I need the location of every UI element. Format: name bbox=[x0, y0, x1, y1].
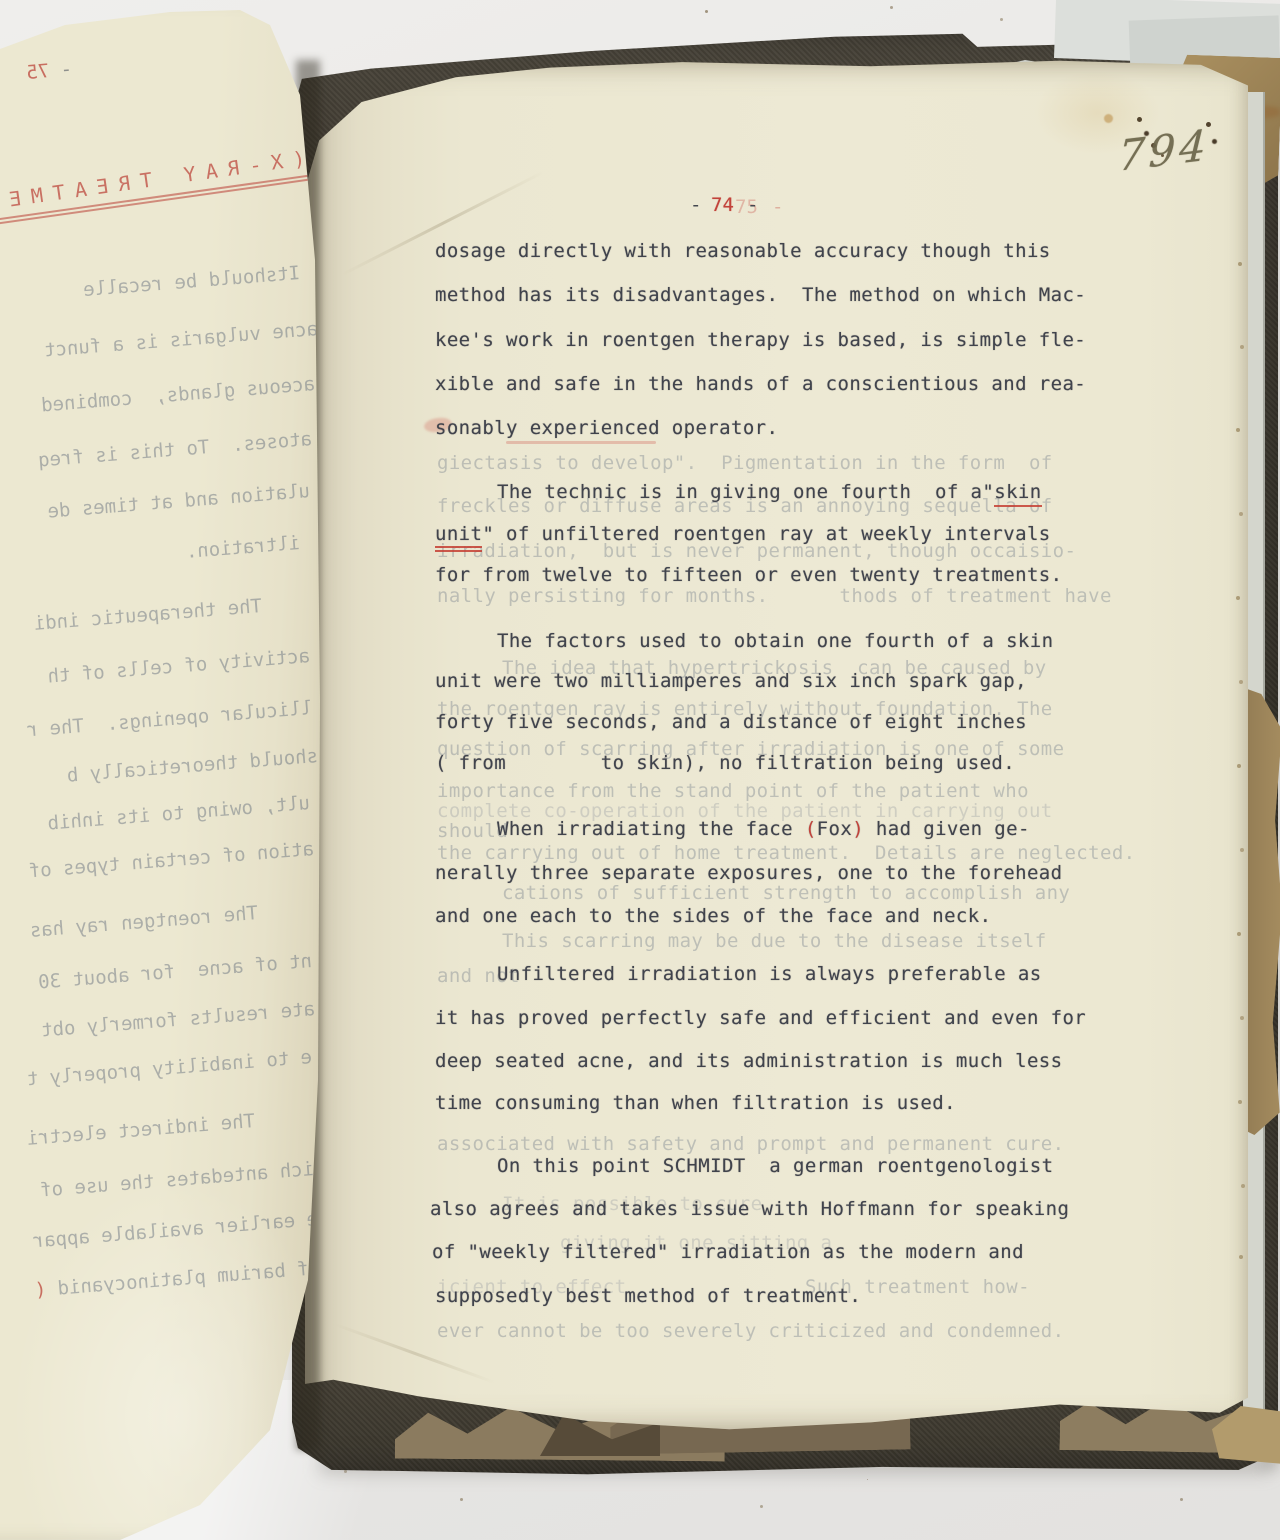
typed-line: supposedly best method of treatment. bbox=[435, 1285, 861, 1309]
verso-line: acne vulgaris is a funct bbox=[43, 318, 319, 363]
verso-line: ulation and at times de bbox=[47, 480, 311, 524]
verso-line: (X-RAY TREATMENT bbox=[0, 146, 307, 221]
typed-line: The factors used to obtain one fourth of… bbox=[497, 630, 1053, 654]
typed-line: and one each to the sides of the face an… bbox=[435, 905, 991, 929]
typed-line: nerally three separate exposures, one to… bbox=[435, 862, 1062, 886]
verso-line: nt of acne for about 30 bbox=[37, 950, 313, 995]
verso-line: of barium platinocyanid ( bbox=[34, 1257, 321, 1303]
verso-line: ate results formerly obt bbox=[40, 998, 316, 1043]
typed-line: xible and safe in the hands of a conscie… bbox=[435, 373, 1086, 397]
typed-line: dosage directly with reasonable accuracy… bbox=[435, 240, 1051, 264]
verso-line: - 75 bbox=[25, 58, 73, 86]
verso-line: iltration. bbox=[185, 532, 301, 565]
verso-line: activity of cells of th bbox=[47, 645, 311, 689]
verso-line: The indirect electri bbox=[26, 1110, 256, 1152]
verso-line: atoses. To this is freq bbox=[37, 428, 313, 473]
verso-mirrored-text: - 75(X-RAY TREATMENTItshould be recallea… bbox=[0, 0, 320, 1540]
typed-line: deep seated acne, and its administration… bbox=[435, 1050, 1062, 1074]
typed-line: kee's work in roentgen therapy is based,… bbox=[435, 329, 1086, 353]
typed-line: On this point SCHMIDT a german roentgeno… bbox=[497, 1155, 1053, 1179]
typed-line: it has proved perfectly safe and efficie… bbox=[435, 1007, 1086, 1031]
verso-line: ult, owing to its inhib bbox=[47, 792, 311, 836]
verso-line: llicular openings. The r bbox=[26, 697, 313, 743]
typed-line: The technic is in giving one fourth of a… bbox=[497, 481, 1042, 505]
typed-line: also agrees and takes issue with Hoffman… bbox=[430, 1198, 1069, 1222]
page-number-value: 74 bbox=[711, 196, 734, 215]
typed-line: method has its disadvantages. The method… bbox=[435, 284, 1086, 308]
verso-page: - 75(X-RAY TREATMENTItshould be recallea… bbox=[0, 0, 346, 1540]
typed-line: unit were two milliamperes and six inch … bbox=[435, 670, 1027, 694]
typed-line: unit" of unfiltered roentgen ray at week… bbox=[435, 523, 1051, 547]
typed-line: sonably experienced operator. bbox=[435, 417, 778, 441]
folio-number-handwritten: 794 bbox=[1117, 124, 1211, 178]
typed-line: for from twelve to fifteen or even twent… bbox=[435, 564, 1062, 588]
typed-line: Unfiltered irradiation is always prefera… bbox=[497, 963, 1042, 987]
verso-line: The therapeutic indi bbox=[33, 595, 263, 637]
verso-line: The roentgen ray has bbox=[29, 902, 259, 944]
verso-line: aceous glands, combined bbox=[40, 373, 316, 418]
typed-line: ( from to skin), no filtration being use… bbox=[435, 752, 1015, 776]
page-number-dash-faint: - bbox=[772, 198, 783, 217]
verso-line: ation of certain types of bbox=[28, 838, 315, 884]
verso-line: ich antedates the use of bbox=[39, 1158, 315, 1203]
typed-line: forty five seconds, and a distance of ei… bbox=[435, 711, 1027, 735]
page-number-dash: - bbox=[690, 196, 701, 215]
verso-line: should theoretically b bbox=[66, 745, 319, 788]
typed-line: of "weekly filtered" irradiation as the … bbox=[432, 1241, 1024, 1265]
page-number-dash: - bbox=[747, 196, 758, 215]
verso-line: e to inability properly t bbox=[26, 1046, 313, 1092]
typed-line: When irradiating the face (Fox) had give… bbox=[497, 818, 1030, 842]
typed-line: time consuming than when filtration is u… bbox=[435, 1092, 956, 1116]
verso-line: e earlier available appar bbox=[32, 1208, 319, 1254]
verso-line: Itshould be recalle bbox=[82, 262, 301, 303]
